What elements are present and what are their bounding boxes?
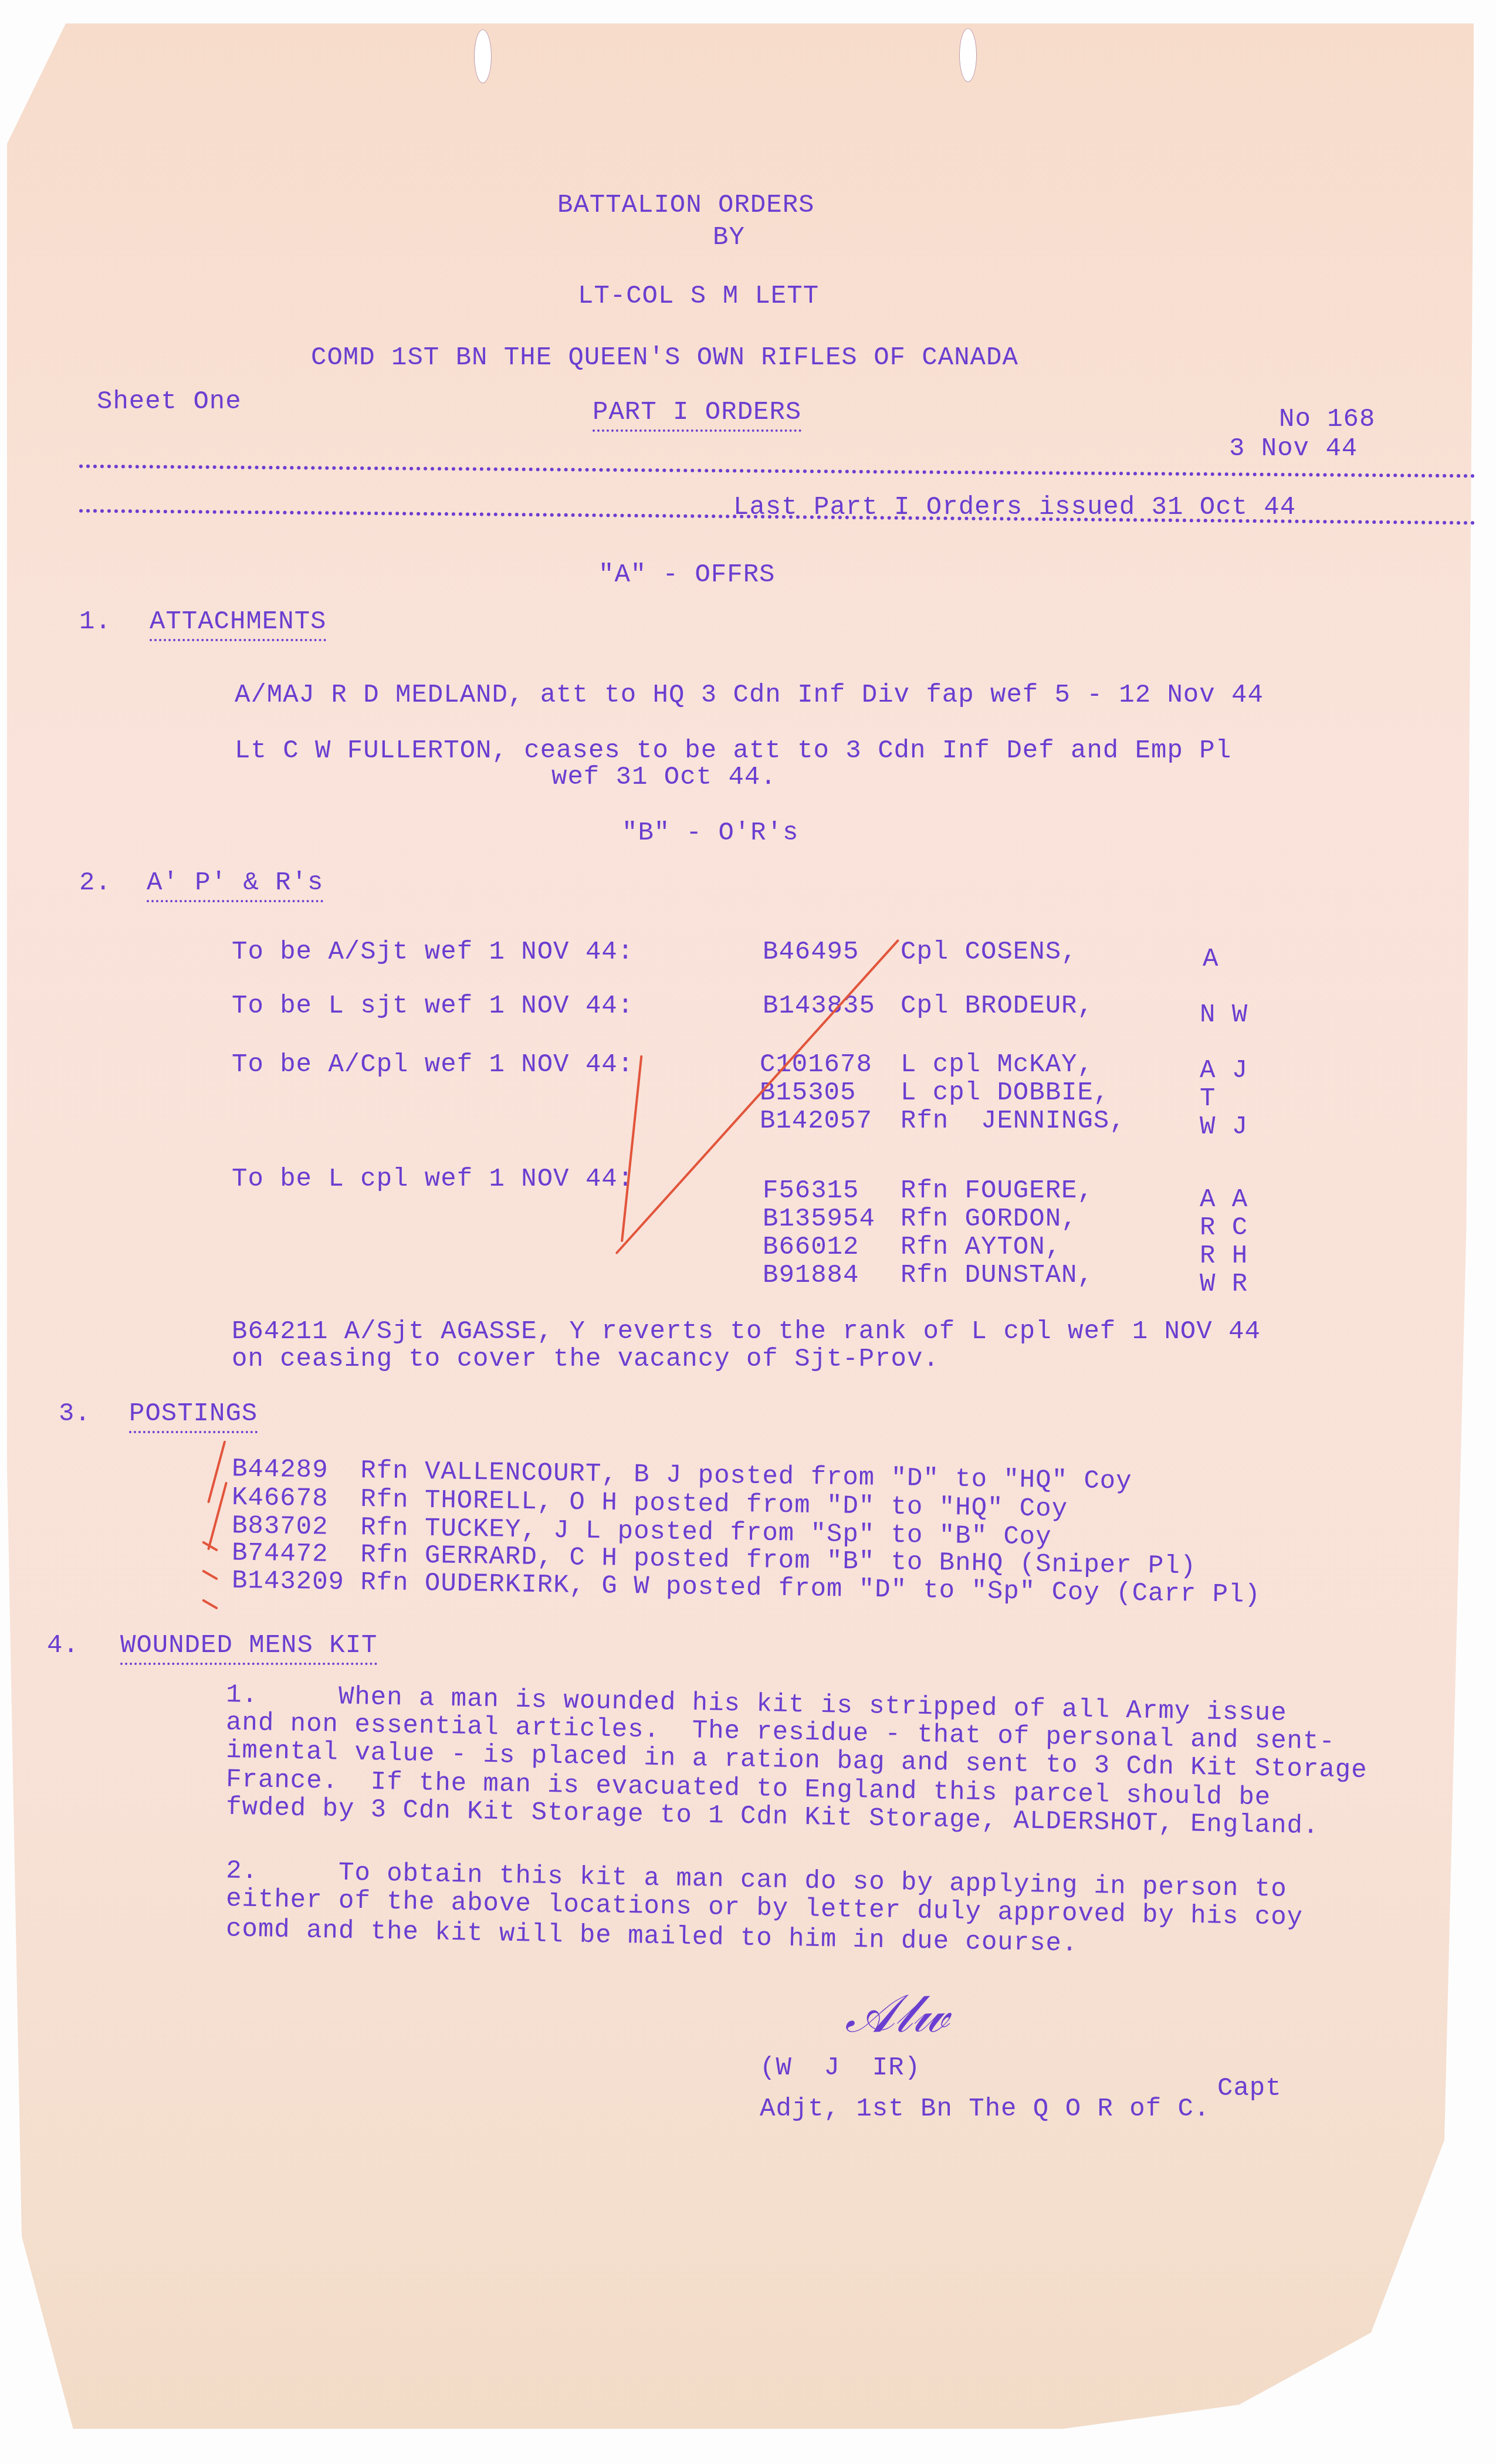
section-heading: WOUNDED MENS KIT	[120, 1631, 377, 1665]
reversion-text: on ceasing to cover the vacancy of Sjt-P…	[232, 1345, 939, 1374]
attachment-entry: Lt C W FULLERTON, ceases to be att to 3 …	[235, 736, 1231, 766]
service-number: B91884	[763, 1261, 859, 1290]
punch-hole-left	[474, 29, 492, 83]
section-heading: A' P' & R's	[147, 868, 323, 902]
service-number: B46495	[763, 937, 859, 967]
soldier-name: Rfn DUNSTAN,	[901, 1261, 1094, 1290]
doc-by: BY	[713, 223, 745, 252]
signatory-rank: Capt	[1217, 2074, 1282, 2103]
signature-scrawl: 𝒜𝓁𝓌	[845, 1983, 949, 2045]
soldier-name: Rfn AYTON,	[901, 1233, 1061, 1262]
soldier-name: Rfn JENNINGS,	[901, 1106, 1126, 1136]
initials: T	[1200, 1084, 1216, 1113]
initials: R H	[1200, 1241, 1248, 1271]
order-number: No 168	[1279, 405, 1375, 434]
initials: A A	[1200, 1185, 1248, 1214]
unit-name: COMD 1ST BN THE QUEEN'S OWN RIFLES OF CA…	[311, 343, 1018, 373]
soldier-name: L cpl DOBBIE,	[901, 1078, 1109, 1108]
service-number: B66012	[763, 1233, 859, 1262]
signatory-title: Adjt, 1st Bn The Q O R of C.	[760, 2094, 1210, 2124]
soldier-name: Rfn FOUGERE,	[901, 1176, 1094, 1206]
soldier-name: L cpl McKAY,	[901, 1050, 1094, 1079]
part-label: PART I ORDERS	[593, 398, 801, 432]
service-number: B135954	[763, 1204, 875, 1234]
service-number: B143835	[763, 991, 875, 1021]
section-heading: ATTACHMENTS	[150, 607, 326, 641]
initials: W J	[1200, 1112, 1248, 1142]
doc-title: BATTALION ORDERS	[557, 191, 814, 220]
attachment-entry: wef 31 Oct 44.	[551, 763, 777, 792]
promotion-label: To be A/Sjt wef 1 NOV 44:	[232, 937, 634, 967]
attachment-entry: A/MAJ R D MEDLAND, att to HQ 3 Cdn Inf D…	[235, 681, 1264, 710]
paper-sheet	[7, 23, 1474, 2429]
initials: N W	[1200, 1000, 1248, 1030]
initials: A	[1203, 945, 1219, 974]
section-number: 4.	[47, 1631, 79, 1660]
promotion-label: To be A/Cpl wef 1 NOV 44:	[232, 1050, 634, 1079]
section-number: 2.	[79, 868, 111, 898]
initials: W R	[1200, 1270, 1248, 1299]
commander: LT-COL S M LETT	[578, 282, 819, 311]
soldier-name: Rfn GORDON,	[901, 1204, 1077, 1234]
signatory-name: (W J IR)	[760, 2053, 920, 2083]
soldier-name: Cpl BRODEUR,	[901, 991, 1094, 1021]
punch-hole-right	[959, 28, 977, 82]
soldier-name: Cpl COSENS,	[901, 937, 1077, 967]
section-a-heading: "A" - OFFRS	[598, 560, 775, 590]
service-number: F56315	[763, 1176, 859, 1206]
promotion-label: To be L cpl wef 1 NOV 44:	[232, 1165, 634, 1194]
promotion-label: To be L sjt wef 1 NOV 44:	[232, 991, 634, 1021]
service-number: B15305	[760, 1078, 856, 1108]
initials: R C	[1200, 1213, 1248, 1243]
section-b-heading: "B" - O'R's	[622, 818, 798, 848]
section-number: 3.	[59, 1399, 91, 1429]
service-number: B142057	[760, 1106, 872, 1136]
reversion-text: B64211 A/Sjt AGASSE, Y reverts to the ra…	[232, 1317, 1261, 1346]
order-date: 3 Nov 44	[1229, 434, 1358, 463]
sheet-label: Sheet One	[97, 387, 242, 417]
section-number: 1.	[79, 607, 111, 637]
initials: A J	[1200, 1056, 1248, 1085]
section-heading: POSTINGS	[129, 1399, 258, 1433]
